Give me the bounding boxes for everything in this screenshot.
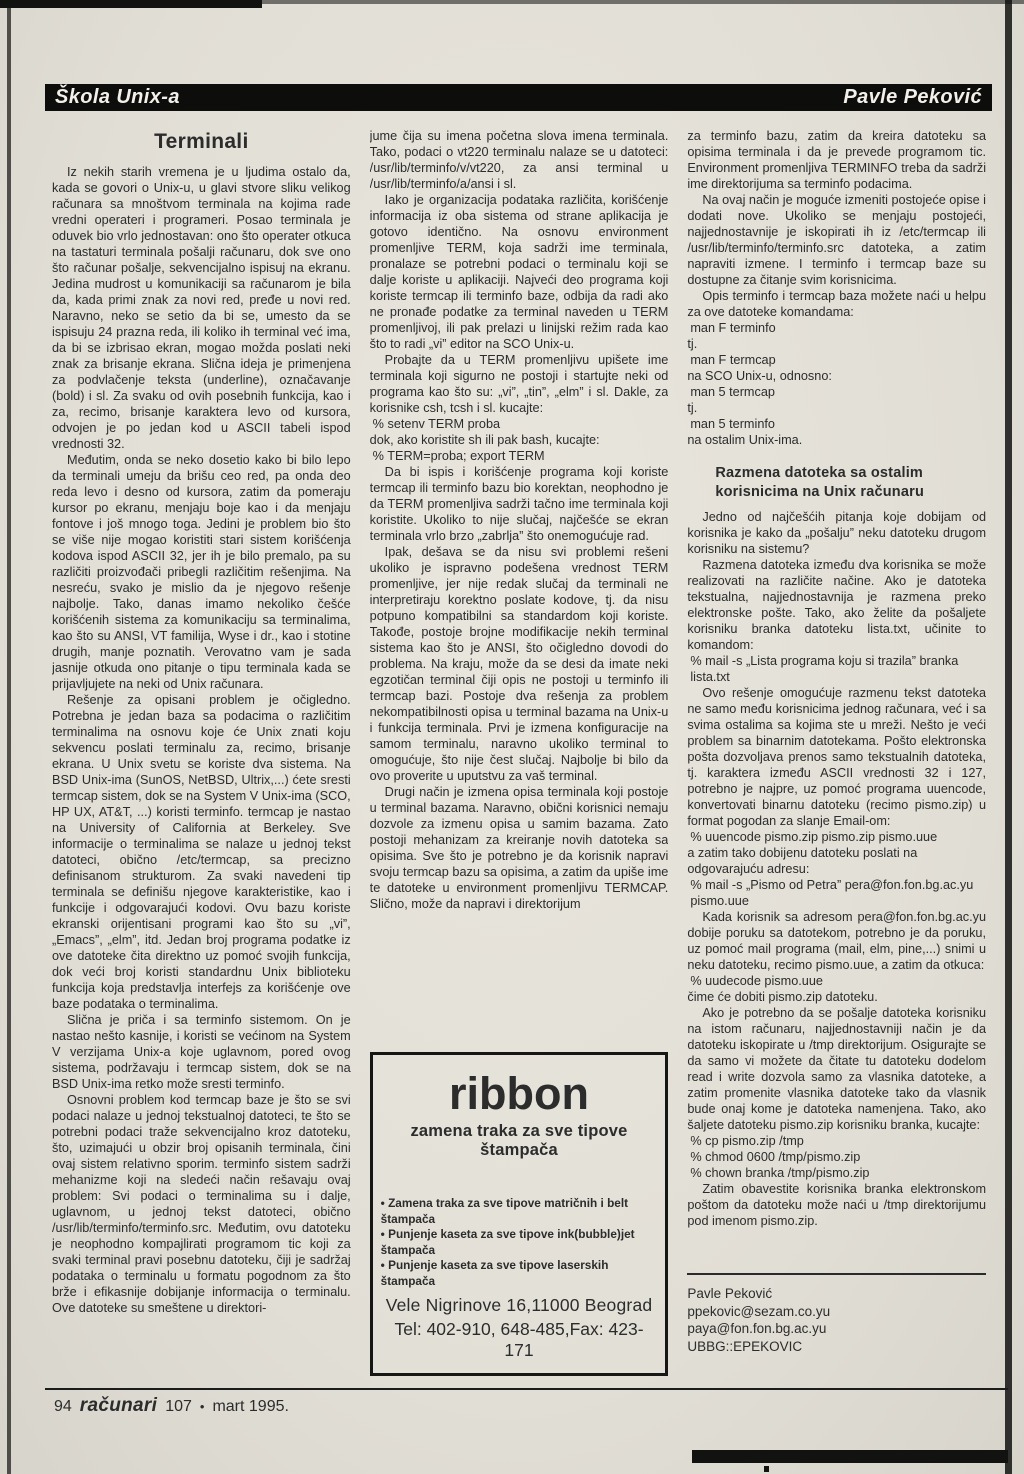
paragraph: Zatim obavestite korisnika branka elektr… <box>687 1181 986 1229</box>
paragraph: Ako je potrebno da se pošalje datoteka k… <box>687 1005 986 1133</box>
paragraph: Razmena datoteka između dva korisnika se… <box>687 557 986 653</box>
code-line: % TERM=proba; export TERM <box>370 448 669 464</box>
ad-bullet-item: Punjenje kaseta za sve tipove laserskih … <box>381 1258 658 1289</box>
paragraph: tj. <box>687 400 986 416</box>
ad-bullet-item: Punjenje kaseta za sve tipove ink(bubble… <box>381 1227 658 1258</box>
paragraph: tj. <box>687 336 986 352</box>
code-line: man 5 terminfo <box>687 416 986 432</box>
footer-rule <box>45 1388 1008 1390</box>
paragraph: Ovo rešenje omogućuje razmenu tekst dato… <box>687 685 986 829</box>
author-contact-line: paya@fon.fon.bg.ac.yu <box>687 1320 986 1338</box>
code-line: man F termcap <box>687 352 986 368</box>
paragraph: Jedno od najčešćih pitanja koje dobijam … <box>687 509 986 557</box>
scan-artifact-dot <box>764 1466 769 1472</box>
paragraph: Slična je priča i sa terminfo sistemom. … <box>52 1012 351 1092</box>
paragraph: Međutim, onda se neko dosetio kako bi bi… <box>52 452 351 692</box>
footer-bullet: • <box>200 1399 205 1414</box>
paragraph: za terminfo bazu, zatim da kreira datote… <box>687 128 986 192</box>
author-contact-block: Pavle Pekovićppekovic@sezam.co.yupaya@fo… <box>687 1273 986 1355</box>
column-2: jume čija su imena početna slova imena t… <box>370 128 669 1388</box>
paragraph: na ostalim Unix-ima. <box>687 432 986 448</box>
ad-address: Vele Nigrinove 16,11000 Beograd <box>381 1295 658 1316</box>
paragraph: Iz nekih starih vremena je u ljudima ost… <box>52 164 351 452</box>
ad-title: ribbon <box>381 1071 658 1116</box>
paragraph: Opis terminfo i termcap baza možete naći… <box>687 288 986 320</box>
scan-artifact-left-edge <box>7 0 11 1474</box>
section-title: Škola Unix-a <box>55 86 180 109</box>
paragraph: dok, ako koristite sh ili pak bash, kuca… <box>370 432 669 448</box>
ad-bullet-list: Zamena traka za sve tipove matričnih i b… <box>381 1196 658 1289</box>
code-line: man F terminfo <box>687 320 986 336</box>
paragraph: Rešenje za opisani problem je očigledno.… <box>52 692 351 1012</box>
article-body: Terminali Iz nekih starih vremena je u l… <box>52 128 986 1388</box>
column-3-text: za terminfo bazu, zatim da kreira datote… <box>687 128 986 1229</box>
section-heading: Razmena datoteka sa ostalim korisnicima … <box>687 464 986 502</box>
ribbon-advertisement: ribbon zamena traka za sve tipove štampa… <box>370 1052 669 1376</box>
column-2-text: jume čija su imena početna slova imena t… <box>370 128 669 912</box>
paragraph: Da bi ispis i korišćenje programa koji k… <box>370 464 669 544</box>
author-contact-line: UBBG::EPEKOVIC <box>687 1338 986 1356</box>
scan-artifact-top <box>262 0 1024 4</box>
column-1-text: Iz nekih starih vremena je u ljudima ost… <box>52 164 351 1316</box>
code-line: % mail -s „Lista programa koju si trazil… <box>687 653 986 685</box>
paragraph: na SCO Unix-u, odnosno: <box>687 368 986 384</box>
column-1: Terminali Iz nekih starih vremena je u l… <box>52 128 351 1388</box>
column-3: za terminfo bazu, zatim da kreira datote… <box>687 128 986 1388</box>
code-line: % setenv TERM proba <box>370 416 669 432</box>
paragraph: Ipak, dešava se da nisu svi problemi reš… <box>370 544 669 784</box>
paragraph: Iako je organizacija podataka različita,… <box>370 192 669 352</box>
issue-number: 107 <box>165 1398 192 1416</box>
paragraph: Probajte da u TERM promenljivu upišete i… <box>370 352 669 416</box>
author-contact-line: Pavle Peković <box>687 1285 986 1303</box>
paragraph: Drugi način je izmena opisa terminala ko… <box>370 784 669 912</box>
paragraph: jume čija su imena početna slova imena t… <box>370 128 669 192</box>
ad-subtitle: zamena traka za sve tipove štampača <box>381 1122 658 1160</box>
magazine-page: Škola Unix-a Pavle Peković Terminali Iz … <box>0 0 1024 1474</box>
article-title: Terminali <box>52 130 351 154</box>
scan-artifact-top <box>0 0 262 8</box>
issue-date: mart 1995. <box>212 1398 288 1416</box>
paragraph: Na ovaj način je moguće izmeniti postoje… <box>687 192 986 288</box>
code-line: % uudecode pismo.uue <box>687 973 986 989</box>
paragraph: a zatim tako dobijenu datoteku poslati n… <box>687 845 986 877</box>
author-contact-line: ppekovic@sezam.co.yu <box>687 1303 986 1321</box>
ad-phone: Tel: 402-910, 648-485,Fax: 423-171 <box>381 1319 658 1361</box>
code-line: % chown branka /tmp/pismo.zip <box>687 1165 986 1181</box>
code-line: % mail -s „Pismo od Petra” pera@fon.fon.… <box>687 877 986 909</box>
paragraph: čime će dobiti pismo.zip datoteku. <box>687 989 986 1005</box>
ad-bullet-item: Zamena traka za sve tipove matričnih i b… <box>381 1196 658 1227</box>
scan-artifact-right-edge <box>1005 0 1012 1474</box>
author-name-header: Pavle Peković <box>843 86 982 109</box>
page-number: 94 <box>54 1398 72 1416</box>
magazine-logo: računari <box>80 1395 157 1417</box>
paragraph: Kada korisnik sa adresom pera@fon.fon.bg… <box>687 909 986 973</box>
code-line: % cp pismo.zip /tmp <box>687 1133 986 1149</box>
page-footer: 94 računari 107 • mart 1995. <box>54 1395 289 1417</box>
code-line: man 5 termcap <box>687 384 986 400</box>
code-line: % uuencode pismo.zip pismo.zip pismo.uue <box>687 829 986 845</box>
scan-artifact-bottom <box>692 1450 1008 1463</box>
code-line: % chmod 0600 /tmp/pismo.zip <box>687 1149 986 1165</box>
paragraph: Osnovni problem kod termcap baze je što … <box>52 1092 351 1316</box>
section-header-bar: Škola Unix-a Pavle Peković <box>45 84 992 111</box>
